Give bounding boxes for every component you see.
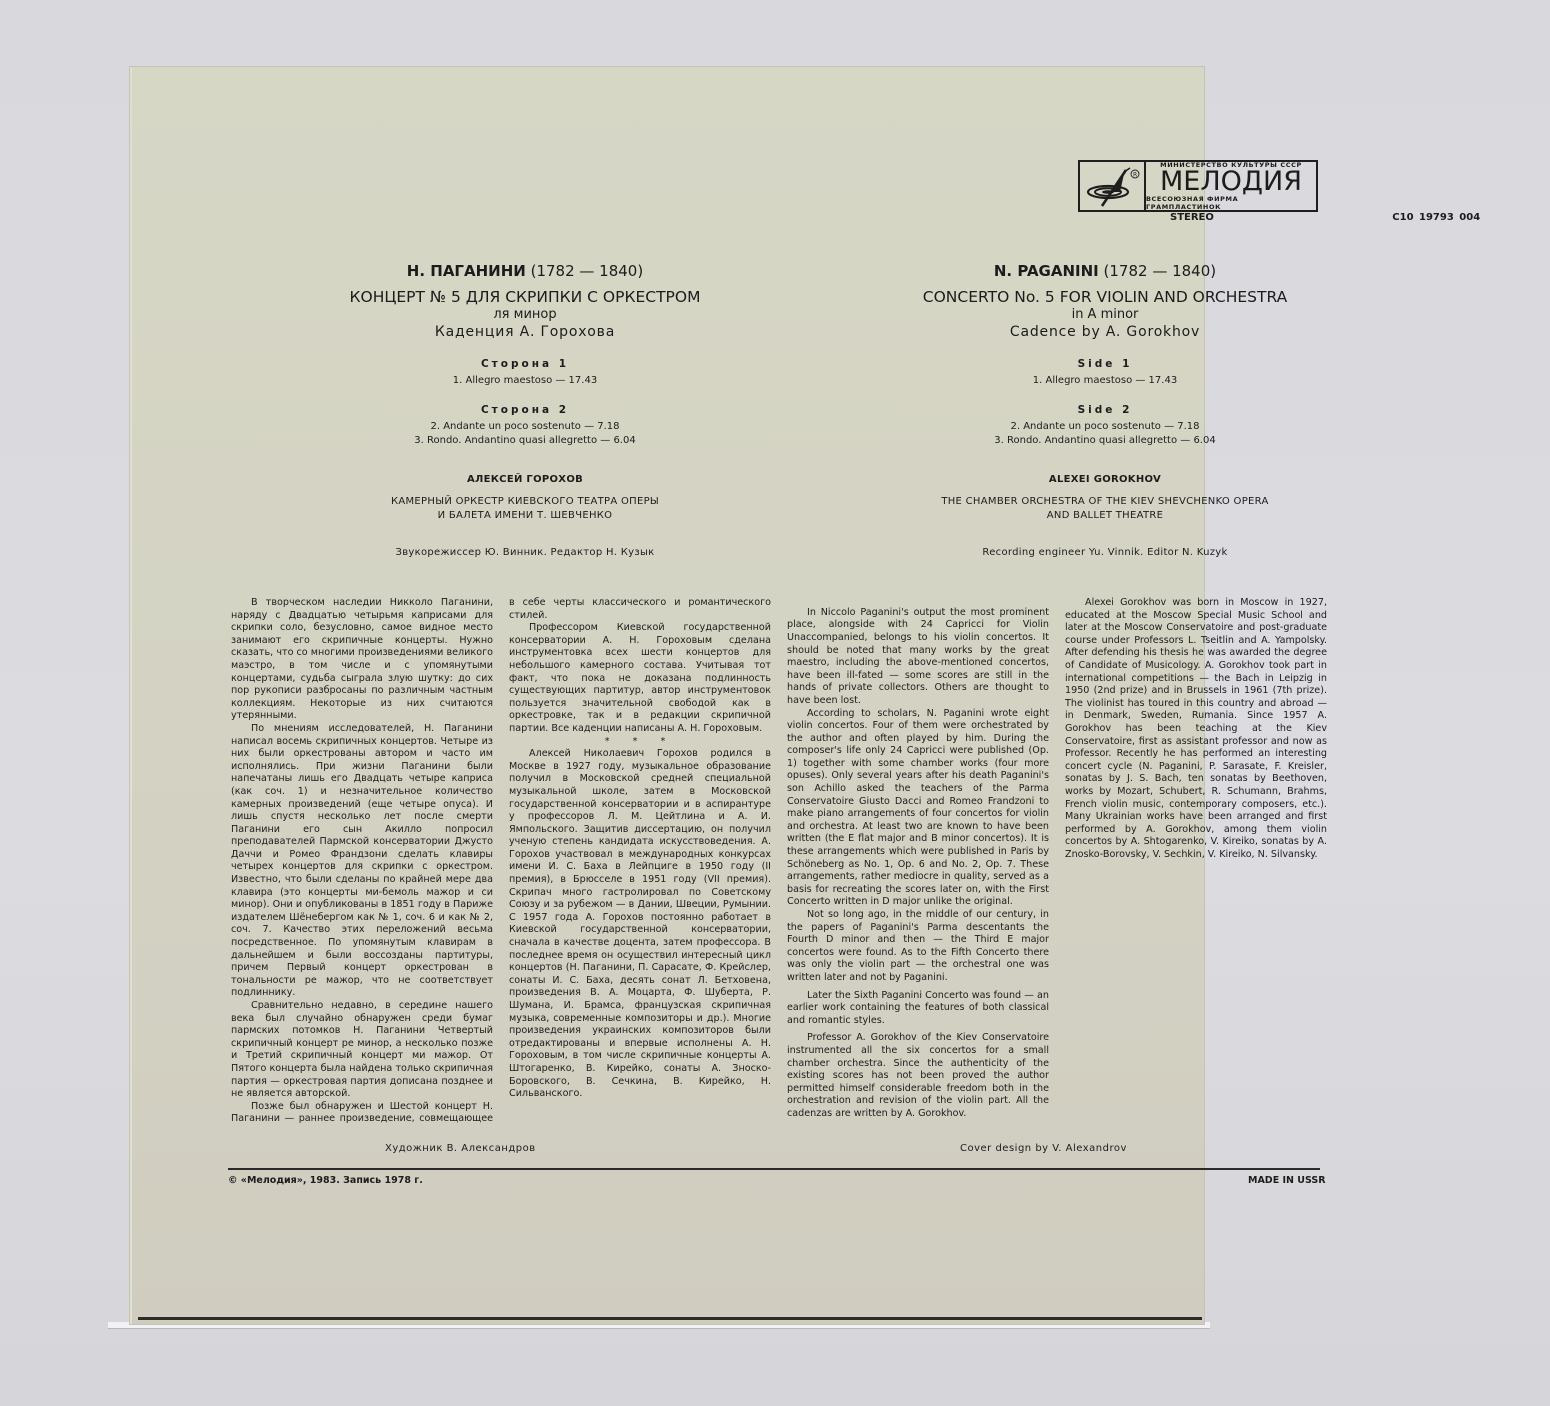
years-ru: (1782 — 1840) <box>531 262 644 280</box>
logo-company-text: ВСЕСОЮЗНАЯ ФИРМА ГРАМПЛАСТИНОК <box>1146 195 1316 211</box>
track-3-en: 3. Rondo. Andantino quasi allegretto — 6… <box>880 434 1330 448</box>
melodiya-logo: R МИНИСТЕРСТВО КУЛЬТУРЫ СССР МЕЛОДИЯ ВСЕ… <box>1078 160 1318 212</box>
english-header: N. PAGANINI (1782 — 1840) CONCERTO No. 5… <box>880 262 1330 558</box>
stereo-label: STEREO <box>1170 212 1214 223</box>
orchestra-en-line1: THE CHAMBER ORCHESTRA OF THE KIEV SHEVCH… <box>880 495 1330 509</box>
cadence-ru: Каденция А. Горохова <box>300 323 750 342</box>
designer-credit-en: Cover design by V. Alexandrov <box>960 1143 1127 1154</box>
footer-rule <box>228 1168 1320 1170</box>
svg-text:R: R <box>1133 172 1137 179</box>
notes-en-p6: Alexei Gorokhov was born in Moscow in 19… <box>1065 597 1327 861</box>
track-1-en: 1. Allegro maestoso — 17.43 <box>880 374 1330 388</box>
notes-en-p5: Professor A. Gorokhov of the Kiev Conser… <box>787 1032 1049 1120</box>
work-title-en: CONCERTO No. 5 FOR VIOLIN AND ORCHESTRA <box>880 288 1330 307</box>
notes-en-p3: Not so long ago, in the middle of our ce… <box>787 909 1049 985</box>
cadence-en: Cadence by A. Gorokhov <box>880 323 1330 342</box>
made-in-label: MADE IN USSR <box>1248 1175 1326 1186</box>
notes-en-p2: According to scholars, N. Paganini wrote… <box>787 708 1049 910</box>
credits-en: Recording engineer Yu. Vinnik. Editor N.… <box>880 547 1330 558</box>
performer-ru: АЛЕКСЕЙ ГОРОХОВ <box>300 474 750 485</box>
orchestra-en-line2: AND BALLET THEATRE <box>880 509 1330 523</box>
side2-label-en: Side 2 <box>880 404 1330 416</box>
notes-ru-p2: По мнениям исследователей, Н. Паганини н… <box>231 723 493 1000</box>
track-2-ru: 2. Andante un poco sostenuto — 7.18 <box>300 420 750 434</box>
sleeve-bottom-edge <box>138 1317 1202 1320</box>
key-en: in A minor <box>880 307 1330 323</box>
side2-label-ru: Сторона 2 <box>300 404 750 416</box>
track-3-ru: 3. Rondo. Andantino quasi allegretto — 6… <box>300 434 750 448</box>
catalog-number: С10 19793 004 <box>1392 212 1480 223</box>
designer-credit-ru: Художник В. Александров <box>385 1143 536 1154</box>
years-en: (1782 — 1840) <box>1104 262 1217 280</box>
credits-ru: Звукорежиссер Ю. Винник. Редактор Н. Куз… <box>300 547 750 558</box>
key-ru: ля минор <box>300 307 750 323</box>
copyright-notice: © «Мелодия», 1983. Запись 1978 г. <box>228 1175 423 1186</box>
side1-label-en: Side 1 <box>880 358 1330 370</box>
russian-header: Н. ПАГАНИНИ (1782 — 1840) КОНЦЕРТ № 5 ДЛ… <box>300 262 750 558</box>
notes-ru-p3: Сравнительно недавно, в середине нашего … <box>231 1000 493 1101</box>
notes-ru-p1: В творческом наследии Никколо Паганини, … <box>231 597 493 723</box>
melodiya-record-emblem-icon: R <box>1080 162 1146 210</box>
performer-en: ALEXEI GOROKHOV <box>880 474 1330 485</box>
side1-label-ru: Сторона 1 <box>300 358 750 370</box>
work-title-ru: КОНЦЕРТ № 5 ДЛЯ СКРИПКИ С ОРКЕСТРОМ <box>300 288 750 307</box>
liner-notes: В творческом наследии Никколо Паганини, … <box>231 597 1327 1127</box>
logo-brand: МЕЛОДИЯ <box>1160 169 1302 195</box>
notes-en-p4: Later the Sixth Paganini Concerto was fo… <box>787 990 1049 1028</box>
catalog-info: STEREO С10 19793 004 <box>1170 212 1480 223</box>
notes-separator: * * * <box>509 736 771 749</box>
notes-en-p1: In Niccolo Paganini's output the most pr… <box>787 607 1049 708</box>
composer-en: N. PAGANINI <box>994 262 1099 280</box>
notes-ru-p5: Профессором Киевской государственной кон… <box>509 622 771 735</box>
track-2-en: 2. Andante un poco sostenuto — 7.18 <box>880 420 1330 434</box>
composer-ru: Н. ПАГАНИНИ <box>407 262 526 280</box>
notes-ru-p6: Алексей Николаевич Горохов родился в Мос… <box>509 748 771 1101</box>
orchestra-ru-line2: И БАЛЕТА ИМЕНИ Т. ШЕВЧЕНКО <box>300 509 750 523</box>
track-1-ru: 1. Allegro maestoso — 17.43 <box>300 374 750 388</box>
orchestra-ru-line1: КАМЕРНЫЙ ОРКЕСТР КИЕВСКОГО ТЕАТРА ОПЕРЫ <box>300 495 750 509</box>
